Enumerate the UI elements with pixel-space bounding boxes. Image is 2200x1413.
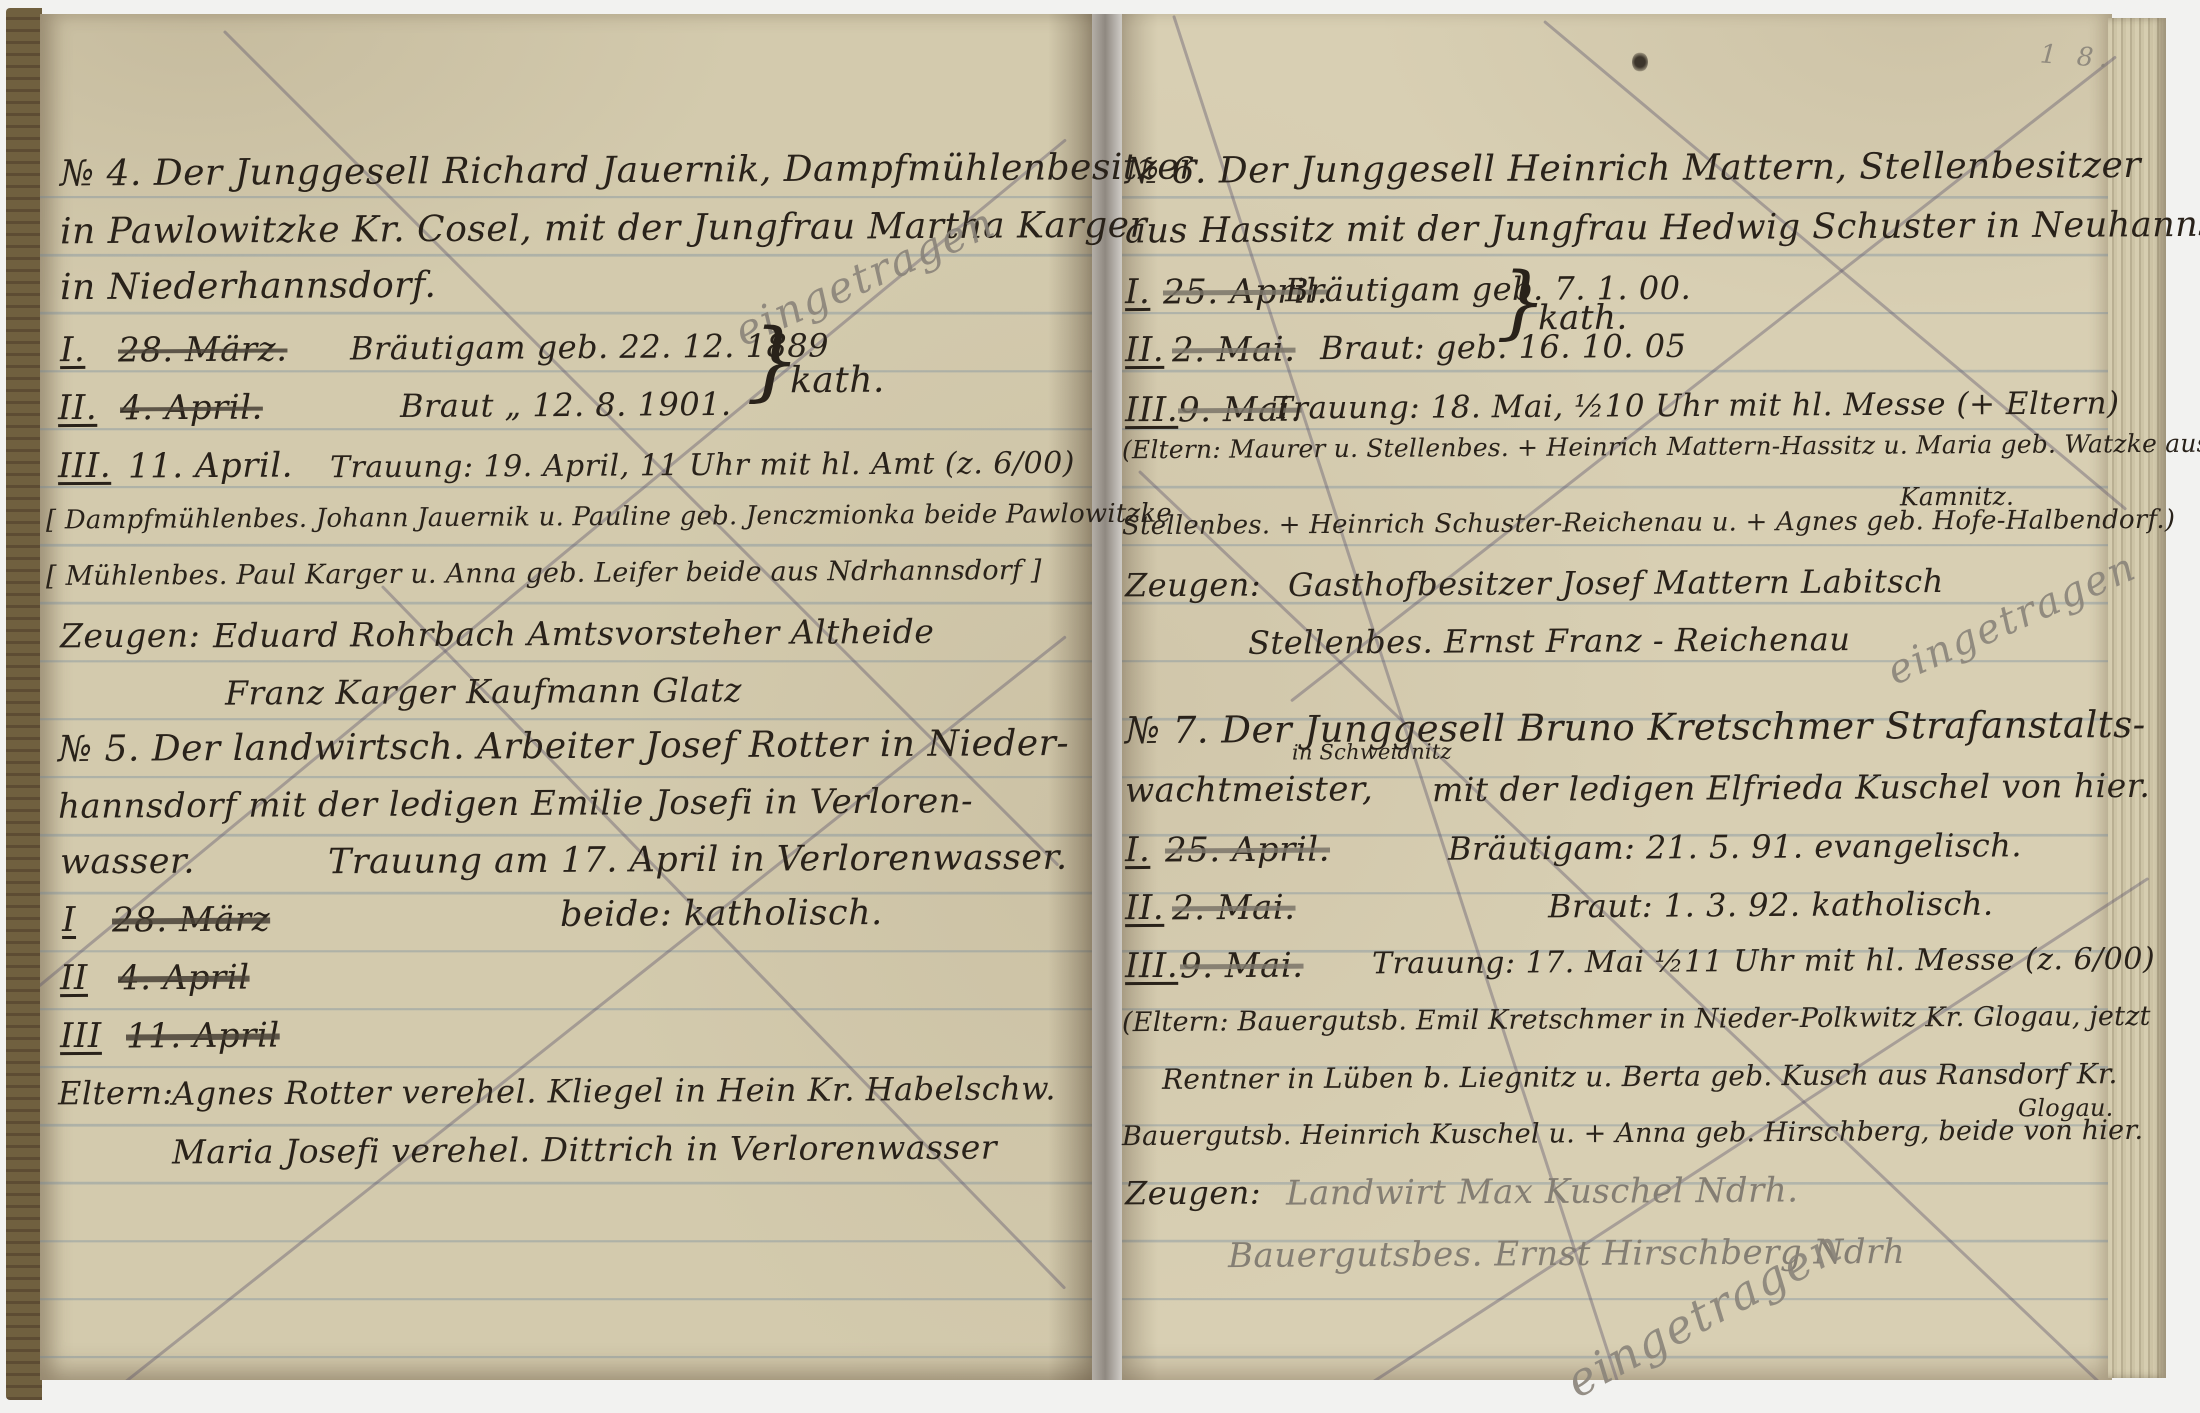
entry7-insert-schweidnitz: in Schweidnitz (1292, 740, 1452, 765)
entry6-witness1: Gasthofbesitzer Josef Mattern Labitsch (1288, 562, 1944, 604)
ink-spot (1632, 52, 1648, 72)
entry6-witness2: Stellenbes. Ernst Franz - Reichenau (1248, 620, 1851, 662)
entry4-witness1: Eduard Rohrbach Amtsvorsteher Altheide (213, 612, 935, 655)
corner-pencil-mark: 1 8. (2039, 39, 2115, 74)
entry7-title-line2a: wachtmeister, (1125, 769, 1374, 811)
entry7-bann1-roman: I. (1125, 830, 1150, 870)
entry6-bann2-date: 2. Mai. (1172, 330, 1296, 371)
entry4-witness2: Franz Karger Kaufmann Glatz (225, 670, 742, 712)
entry6-bride-birth: Braut: geb. 16. 10. 05 (1320, 327, 1687, 367)
entry5-bann3-date: 11. April (126, 1016, 280, 1057)
entry5-title-line1: № 5. Der landwirtsch. Arbeiter Josef Rot… (58, 723, 1069, 770)
entry4-wedding-line: Trauung: 19. April, 11 Uhr mit hl. Amt (… (330, 446, 1075, 486)
entry5-bann2-date: 4. April (118, 958, 250, 999)
entry7-bride-parents: Bauergutsb. Heinrich Kuschel u. + Anna g… (1122, 1115, 2143, 1152)
entry6-groom-birth: Bräutigam geb. 7. 1. 00. (1285, 269, 1691, 309)
entry7-bann1-date: 25. April. (1165, 829, 1330, 870)
entry7-witnesses-label: Zeugen: (1125, 1174, 1261, 1213)
entry4-bann2-date: 4. April. (120, 388, 263, 429)
entry5-title-line2: hannsdorf mit der ledigen Emilie Josefi … (58, 781, 973, 827)
entry6-title-line1: № 6. Der Junggesell Heinrich Mattern, St… (1125, 145, 2141, 192)
entry7-wedding-line: Trauung: 17. Mai ½11 Uhr mit hl. Messe (… (1372, 942, 2155, 982)
entry4-confession: kath. (790, 360, 885, 402)
entry4-bride-birth: Braut „ 12. 8. 1901. (400, 385, 732, 425)
entry5-bann3-roman: III (60, 1016, 102, 1056)
entry6-witnesses-label: Zeugen: (1125, 566, 1261, 605)
entry7-groom-birth: Bräutigam: 21. 5. 91. evangelisch. (1448, 826, 2022, 868)
scanned-register-spread: № 4. Der Junggesell Richard Jauernik, Da… (0, 0, 2200, 1413)
entry5-wedding-line: Trauung am 17. April in Verlorenwasser. (328, 838, 1068, 883)
entry7-bann2-date: 2. Mai. (1172, 888, 1296, 929)
entry6-title-line2: aus Hassitz mit der Jungfrau Hedwig Schu… (1125, 205, 2200, 252)
entry6-bann1-roman: I. (1125, 272, 1150, 312)
entry5-bann2-roman: II (60, 958, 88, 998)
entry7-bann3-roman: III. (1125, 946, 1178, 986)
entry5-mother2: Maria Josefi verehel. Dittrich in Verlor… (172, 1127, 997, 1171)
entry5-title-line3: wasser. (60, 842, 195, 883)
entry7-bann2-roman: II. (1125, 888, 1164, 928)
entry7-bride-birth: Braut: 1. 3. 92. katholisch. (1548, 885, 1994, 926)
entry5-bann1-roman: I (62, 900, 76, 940)
entry7-bann3-date: 9. Mai. (1180, 946, 1304, 987)
book-spine (6, 8, 42, 1400)
entry6-wedding-line: Trauung: 18. Mai, ½10 Uhr mit hl. Messe … (1272, 385, 2120, 426)
entry4-witnesses-label: Zeugen: (60, 616, 200, 656)
entry7-groom-parents2: Rentner in Lüben b. Liegnitz u. Berta ge… (1162, 1057, 2118, 1096)
entry6-bann3-roman: III. (1125, 390, 1178, 430)
entry7-title-line1: № 7. Der Junggesell Bruno Kretschmer Str… (1125, 703, 2146, 752)
entry6-bann2-roman: II. (1125, 330, 1164, 370)
entry7-groom-parents1: (Eltern: Bauergutsb. Emil Kretschmer in … (1122, 1001, 2151, 1038)
entry5-confession: beide: katholisch. (560, 893, 883, 935)
entry7-witness1: Landwirt Max Kuschel Ndrh. (1286, 1170, 1799, 1213)
entry4-bann1-roman: I. (60, 330, 85, 370)
entry4-bann3-roman: III. (58, 446, 111, 486)
entry5-mother1: Agnes Rotter verehel. Kliegel in Hein Kr… (172, 1069, 1056, 1112)
entry4-bride-parents: [ Mühlenbes. Paul Karger u. Anna geb. Le… (46, 555, 1042, 592)
entry4-bann3-date: 11. April. (128, 445, 293, 486)
entry4-title-line1: № 4. Der Junggesell Richard Jauernik, Da… (60, 147, 1197, 195)
entry5-parents-label: Eltern: (58, 1074, 174, 1113)
entry4-title-line3: in Niederhannsdorf. (60, 265, 437, 308)
entry7-title-line2b: mit der ledigen Elfrieda Kuschel von hie… (1432, 766, 2151, 809)
entry4-bann2-roman: II. (58, 388, 97, 428)
entry4-bann1-date: 28. März. (118, 329, 288, 370)
entry5-bann1-date: 28. März (112, 900, 270, 941)
